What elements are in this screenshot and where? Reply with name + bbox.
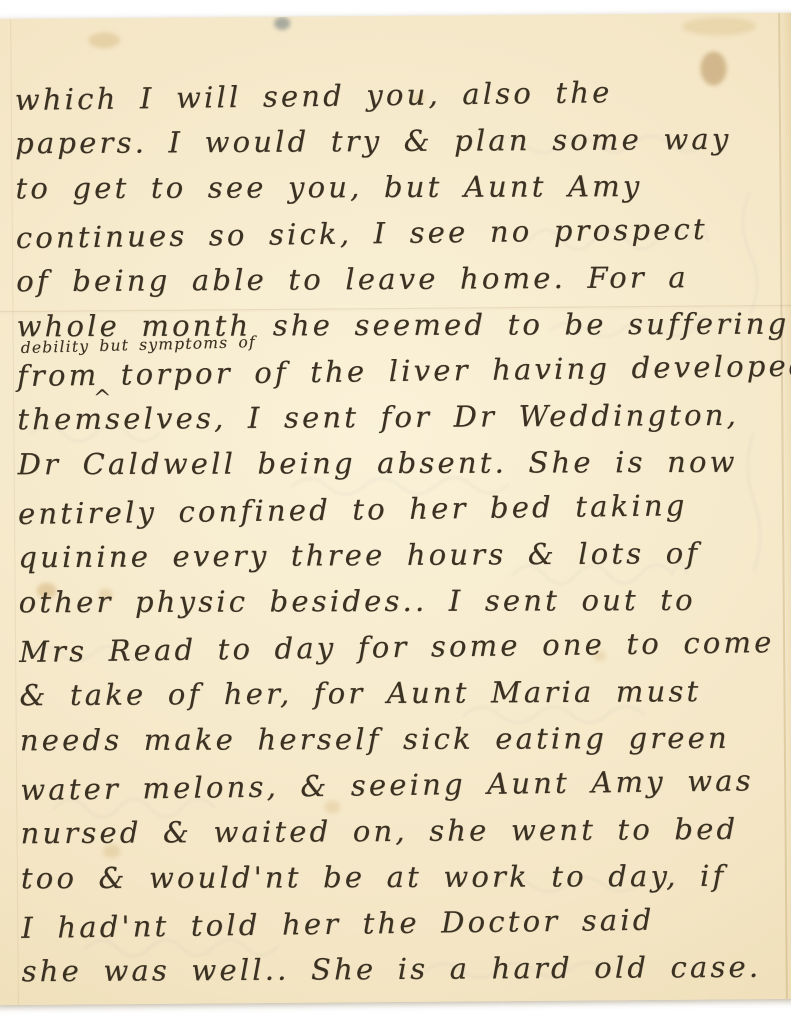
paper-stain: [682, 17, 756, 36]
letter-line: papers. I would try & plan some way: [15, 116, 775, 167]
letter-line: I had'nt told her the Doctor said: [21, 895, 782, 951]
letter-line: of being able to leave home. For a: [16, 254, 776, 305]
letter-scan: which I will send you, also thepapers. I…: [0, 0, 791, 1024]
paper-stain: [274, 17, 290, 30]
letter-line: entirely confined to her bed taking: [18, 481, 779, 537]
letter-line: she was well.. She is a hard old case.: [21, 944, 781, 995]
letter-line: to get to see you, but Aunt Amy: [15, 163, 775, 212]
letter-body: which I will send you, also thepapers. I…: [15, 69, 782, 995]
paper-stain: [88, 32, 120, 48]
insertion-caret: ^: [93, 386, 112, 411]
letter-line: nursed & waited on, she went to bed: [20, 806, 780, 857]
letter-line: Dr Caldwell being absent. She is now: [18, 439, 778, 488]
paper-stains: [0, 13, 791, 19]
letter-paper: which I will send you, also thepapers. I…: [0, 13, 791, 1005]
letter-line: water melons, & seeing Aunt Amy was: [20, 757, 781, 813]
letter-line: Mrs Read to day for some one to come: [19, 619, 780, 675]
letter-line: & take of her, for Aunt Maria must: [19, 668, 779, 719]
letter-line: other physic besides.. I sent out to: [19, 577, 779, 626]
letter-line: quinine every three hours & lots of: [18, 530, 778, 581]
letter-line: continues so sick, I see no prospect: [16, 205, 777, 261]
paper-edge-shade: [779, 13, 791, 999]
letter-line: which I will send you, also the: [14, 67, 775, 123]
letter-line: too & would'nt be at work to day, if: [21, 853, 781, 902]
letter-line: themselves, I sent for Dr Weddington,: [17, 392, 777, 443]
letter-line: needs make herself sick eating green: [20, 715, 780, 764]
